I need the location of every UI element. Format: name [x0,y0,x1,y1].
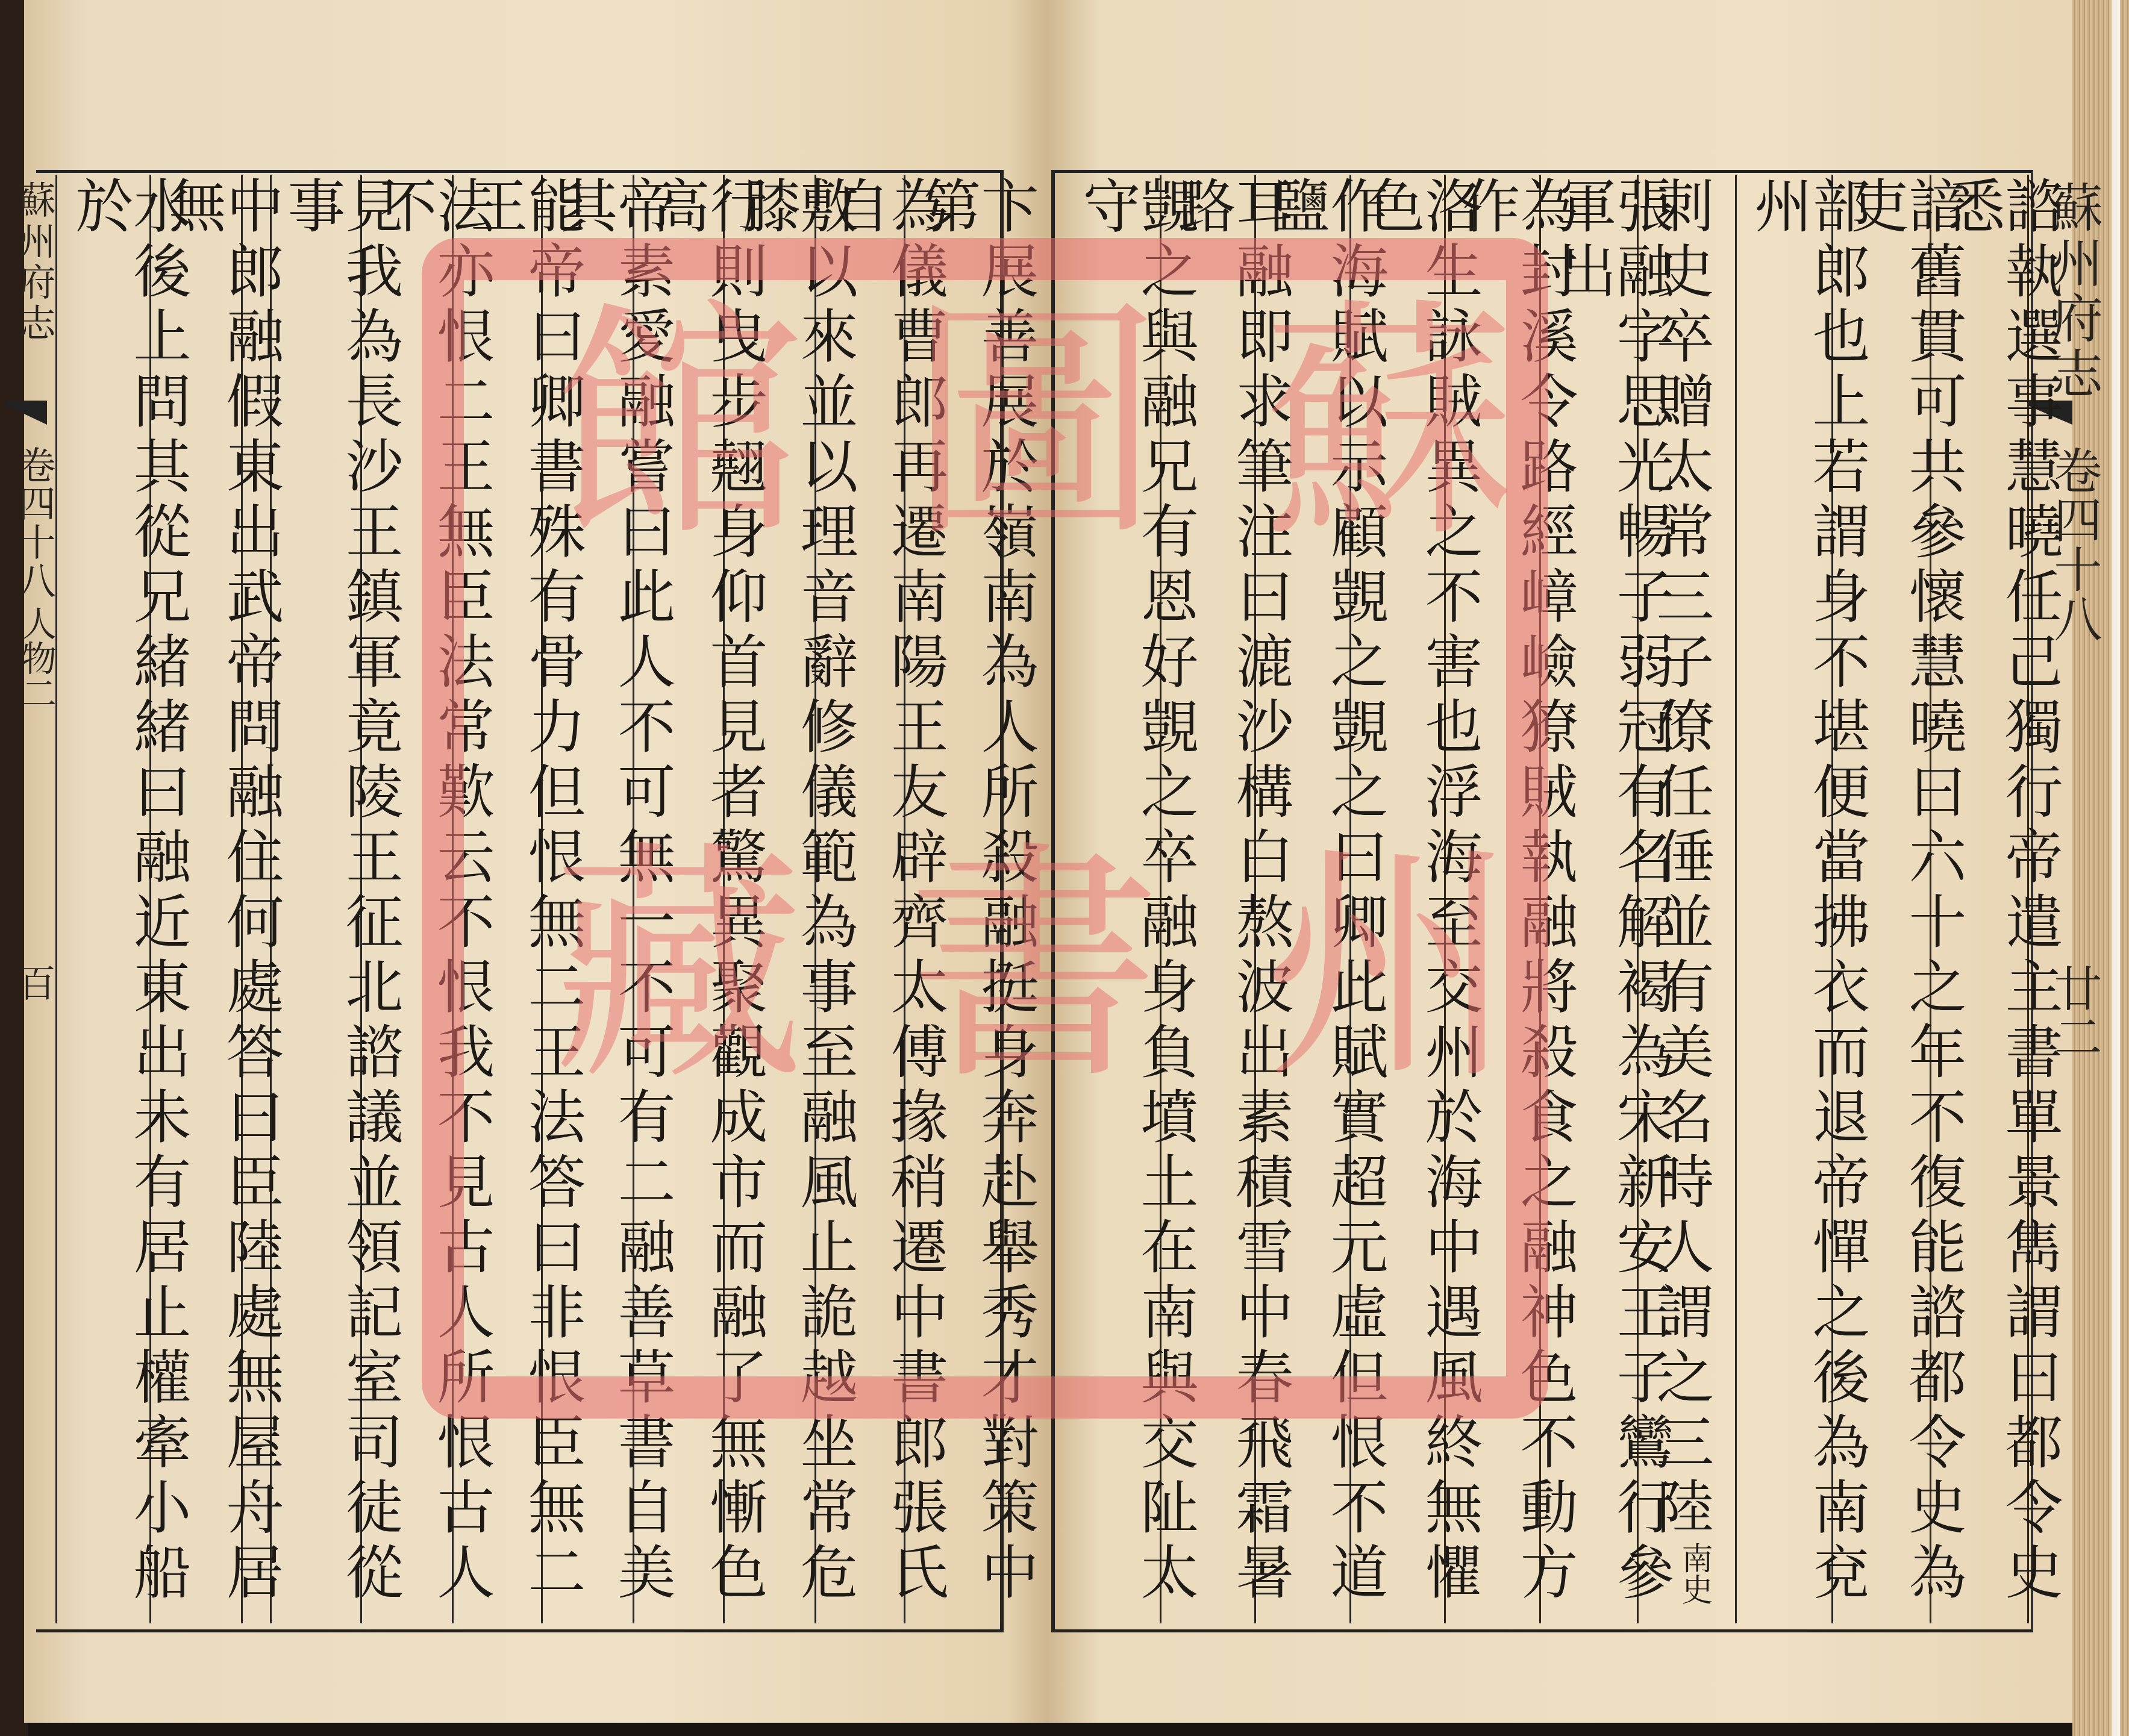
book-spread: 蘇州府志 卷四十八 廿二 蘇州府志 卷四十八 人物二 百 諮執選事慧曉任己獨行帝… [0,0,2129,1736]
left-margin-title: 蘇州府志 [7,181,61,345]
text-column: 見我為長沙王鎮軍竟陵王征北諮議並領記室司徒從事 [283,176,399,1622]
left-page-number: 百 [7,964,61,1001]
page-edge-highlight [2112,0,2120,1736]
column-rule [1735,175,1737,1623]
left-margin-section: 人物二 [11,605,61,710]
text-column: 覬之與融兄有恩好覬之卒融身負墳土在南與交阯太守 [1078,176,1194,1622]
text-column: 部郎也上若謂身不堪便當拂衣而退帝憚之後為南兗州 [1750,176,1866,1622]
left-margin-volume: 卷四十八 [7,446,61,600]
text-column: 水後上問其從兄緒緒曰融近東出未有居止權牽小船於 [71,176,187,1622]
column-rule [55,175,57,1623]
